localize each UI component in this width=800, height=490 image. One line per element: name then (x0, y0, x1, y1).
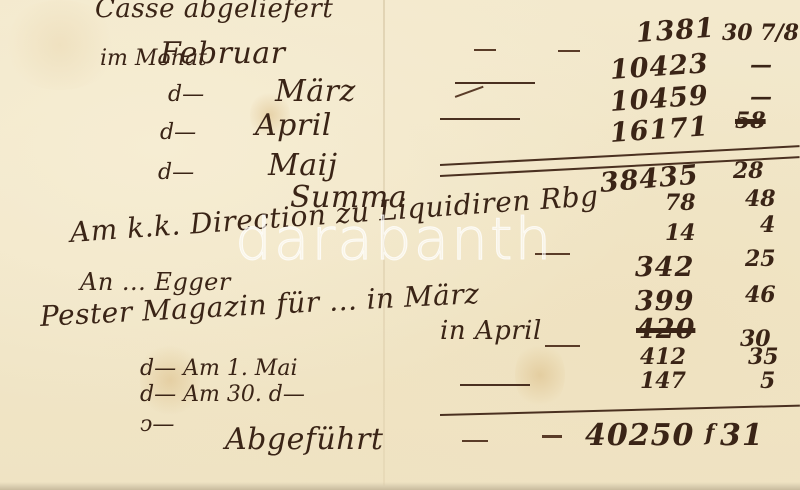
ledger-header: Casse abgeliefert (95, 0, 333, 24)
paper-bottom-edge (0, 482, 800, 490)
stain (515, 340, 565, 410)
deduction-label: d— Am 30. d— (140, 382, 305, 407)
deduction-gulden: 412 (640, 344, 686, 370)
amount-kreuzer: — (750, 52, 772, 78)
deduction-label: in April (440, 316, 542, 346)
total-gulden: 40250 (585, 418, 694, 453)
deduction-gulden: 147 (640, 368, 686, 394)
dash (535, 253, 570, 255)
deduction-kreuzer: 35 (748, 344, 779, 370)
row-label-maerz: März (275, 74, 356, 109)
dash (542, 435, 562, 438)
row-line (440, 118, 520, 120)
deduction-kreuzer: 25 (745, 246, 776, 272)
row-label-april: April (255, 108, 332, 143)
row-prefix: d— (160, 120, 196, 145)
row-prefix: d— (168, 82, 204, 107)
total-kreuzer: 31 (720, 418, 764, 453)
row-label-maij: Maij (268, 148, 338, 183)
total-label: Abgeführt (225, 422, 383, 457)
deduction-gulden: 78 (665, 190, 696, 216)
row-line (455, 82, 535, 84)
deduction-kreuzer: 46 (745, 282, 776, 308)
deduction-kreuzer: 48 (745, 186, 776, 212)
ditto-mark: ↄ— (140, 412, 174, 437)
deduction-gulden: 342 (635, 252, 694, 283)
row-prefix: d— (158, 160, 194, 185)
deduction-gulden: 399 (635, 286, 694, 317)
amount-kreuzer: — (750, 84, 772, 110)
summa-kreuzer: 28 (733, 158, 764, 184)
currency-mark: f (705, 420, 714, 446)
dash (545, 345, 580, 347)
amount-kreuzer: 58 (735, 108, 766, 134)
dash (558, 50, 580, 52)
paper-fold-line (383, 0, 385, 490)
row-line (460, 384, 530, 386)
deduction-label: d— Am 1. Mai (140, 356, 297, 381)
dash (462, 440, 488, 442)
deduction-kreuzer: 5 (760, 368, 775, 394)
row-label-februar: Februar (160, 36, 286, 71)
deduction-gulden: 420 (636, 314, 695, 345)
amount-kreuzer: 30 7/8 (722, 20, 799, 46)
amount-gulden: 1381 (635, 13, 716, 49)
dash (474, 49, 496, 51)
deduction-kreuzer: 4 (760, 212, 775, 238)
deduction-gulden: 14 (665, 220, 696, 246)
